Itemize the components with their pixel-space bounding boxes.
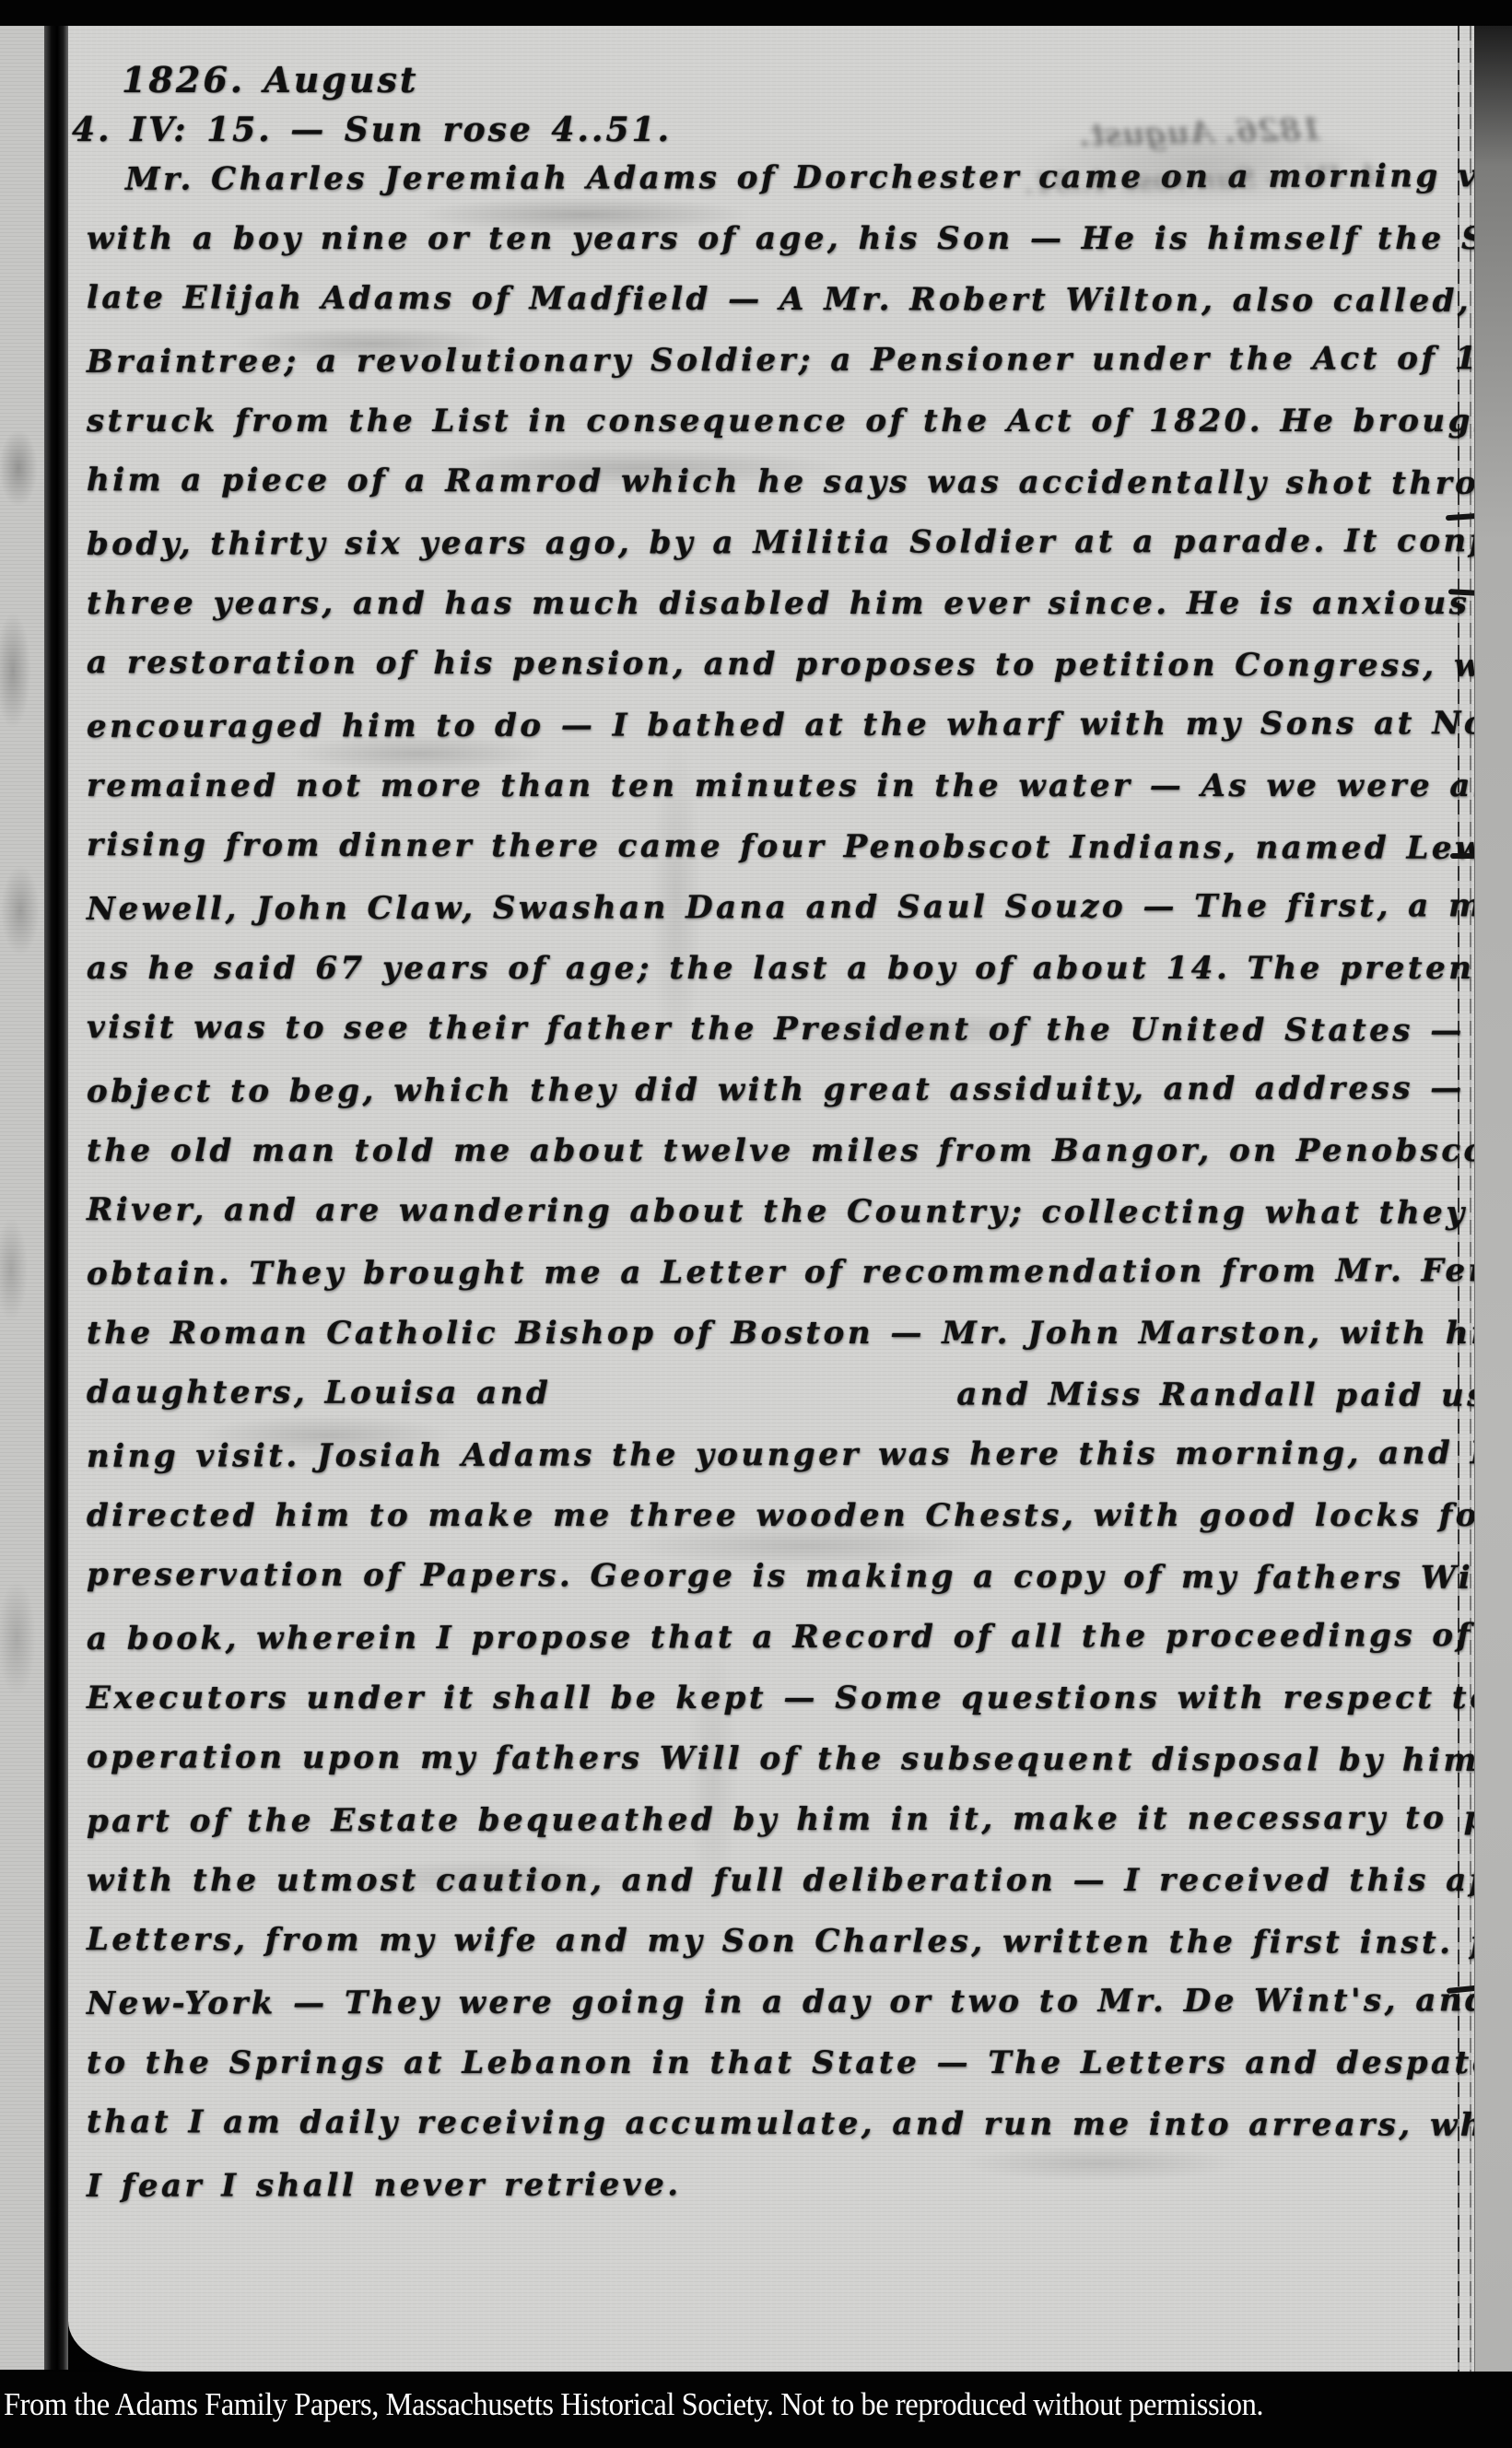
- top-black-band: [0, 0, 1512, 26]
- manuscript-line: with a boy nine or ten years of age, his…: [87, 208, 1496, 269]
- manuscript-body: Mr. Charles Jeremiah Adams of Dorchester…: [87, 147, 1496, 2215]
- manuscript-line: rising from dinner there came four Penob…: [87, 814, 1496, 879]
- page-header-date: 1826. August: [122, 59, 418, 100]
- manuscript-line: directed him to make me three wooden Che…: [87, 1485, 1496, 1546]
- binding-gutter: [44, 26, 68, 2370]
- page-header-meta: 4. IV: 15. — Sun rose 4..51.: [72, 111, 672, 149]
- manuscript-line: struck from the List in consequence of t…: [87, 391, 1496, 451]
- manuscript-line: ning visit. Josiah Adams the younger was…: [87, 1423, 1496, 1487]
- facing-page-edge: [0, 26, 44, 2370]
- manuscript-line: Mr. Charles Jeremiah Adams of Dorchester…: [87, 146, 1496, 210]
- margin-rule: [1458, 26, 1459, 2372]
- manuscript-line: the old man told me about twelve miles f…: [87, 1120, 1496, 1181]
- manuscript-line: him a piece of a Ramrod which he says wa…: [87, 450, 1496, 514]
- margin-rule-outer: [1470, 26, 1471, 2372]
- manuscript-line: a book, wherein I propose that a Record …: [87, 1605, 1496, 1669]
- manuscript-line: I fear I shall never retrieve.: [87, 2152, 1496, 2217]
- manuscript-line: Letters, from my wife and my Son Charles…: [87, 1909, 1496, 1974]
- scanned-diary-page: 1826. August. 4. IV. — Sun rose 4..51. 1…: [0, 0, 1512, 2448]
- ink-overrun-mark: [1450, 853, 1474, 859]
- manuscript-line: to the Springs at Lebanon in that State …: [87, 2032, 1496, 2093]
- manuscript-line: visit was to see their father the Presid…: [87, 997, 1496, 1061]
- manuscript-line: Executors under it shall be kept — Some …: [87, 1668, 1496, 1728]
- manuscript-line: obtain. They brought me a Letter of reco…: [87, 1240, 1496, 1305]
- manuscript-line: operation upon my fathers Will of the su…: [87, 1727, 1496, 1791]
- manuscript-line: River, and are wandering about the Count…: [87, 1179, 1496, 1244]
- manuscript-page: 1826. August. 4. IV. — Sun rose 4..51. 1…: [68, 26, 1512, 2372]
- manuscript-line: as he said 67 years of age; the last a b…: [87, 938, 1496, 999]
- manuscript-line: daughters, Louisa and and Miss Randall p…: [87, 1362, 1496, 1426]
- right-page-edge: [1474, 26, 1512, 2372]
- manuscript-line: preservation of Papers. George is making…: [87, 1544, 1496, 1609]
- manuscript-line: with the utmost caution, and full delibe…: [87, 1850, 1496, 1911]
- manuscript-line: body, thirty six years ago, by a Militia…: [87, 510, 1496, 575]
- manuscript-line: encouraged him to do — I bathed at the w…: [87, 693, 1496, 757]
- manuscript-line: remained not more than ten minutes in th…: [87, 755, 1496, 816]
- manuscript-line: that I am daily receiving accumulate, an…: [87, 2091, 1496, 2156]
- manuscript-line: part of the Estate bequeathed by him in …: [87, 1787, 1496, 1852]
- manuscript-line: late Elijah Adams of Madfield — A Mr. Ro…: [87, 267, 1496, 332]
- manuscript-line: object to beg, which they did with great…: [87, 1058, 1496, 1122]
- manuscript-line: three years, and has much disabled him e…: [87, 573, 1496, 634]
- manuscript-line: Braintree; a revolutionary Soldier; a Pe…: [87, 328, 1496, 392]
- archive-caption: From the Adams Family Papers, Massachuse…: [4, 2386, 1401, 2423]
- manuscript-line: a restoration of his pension, and propos…: [87, 632, 1496, 697]
- manuscript-line: the Roman Catholic Bishop of Boston — Mr…: [87, 1303, 1496, 1364]
- manuscript-line: New-York — They were going in a day or t…: [87, 1970, 1496, 2034]
- manuscript-line: Newell, John Claw, Swashan Dana and Saul…: [87, 875, 1496, 940]
